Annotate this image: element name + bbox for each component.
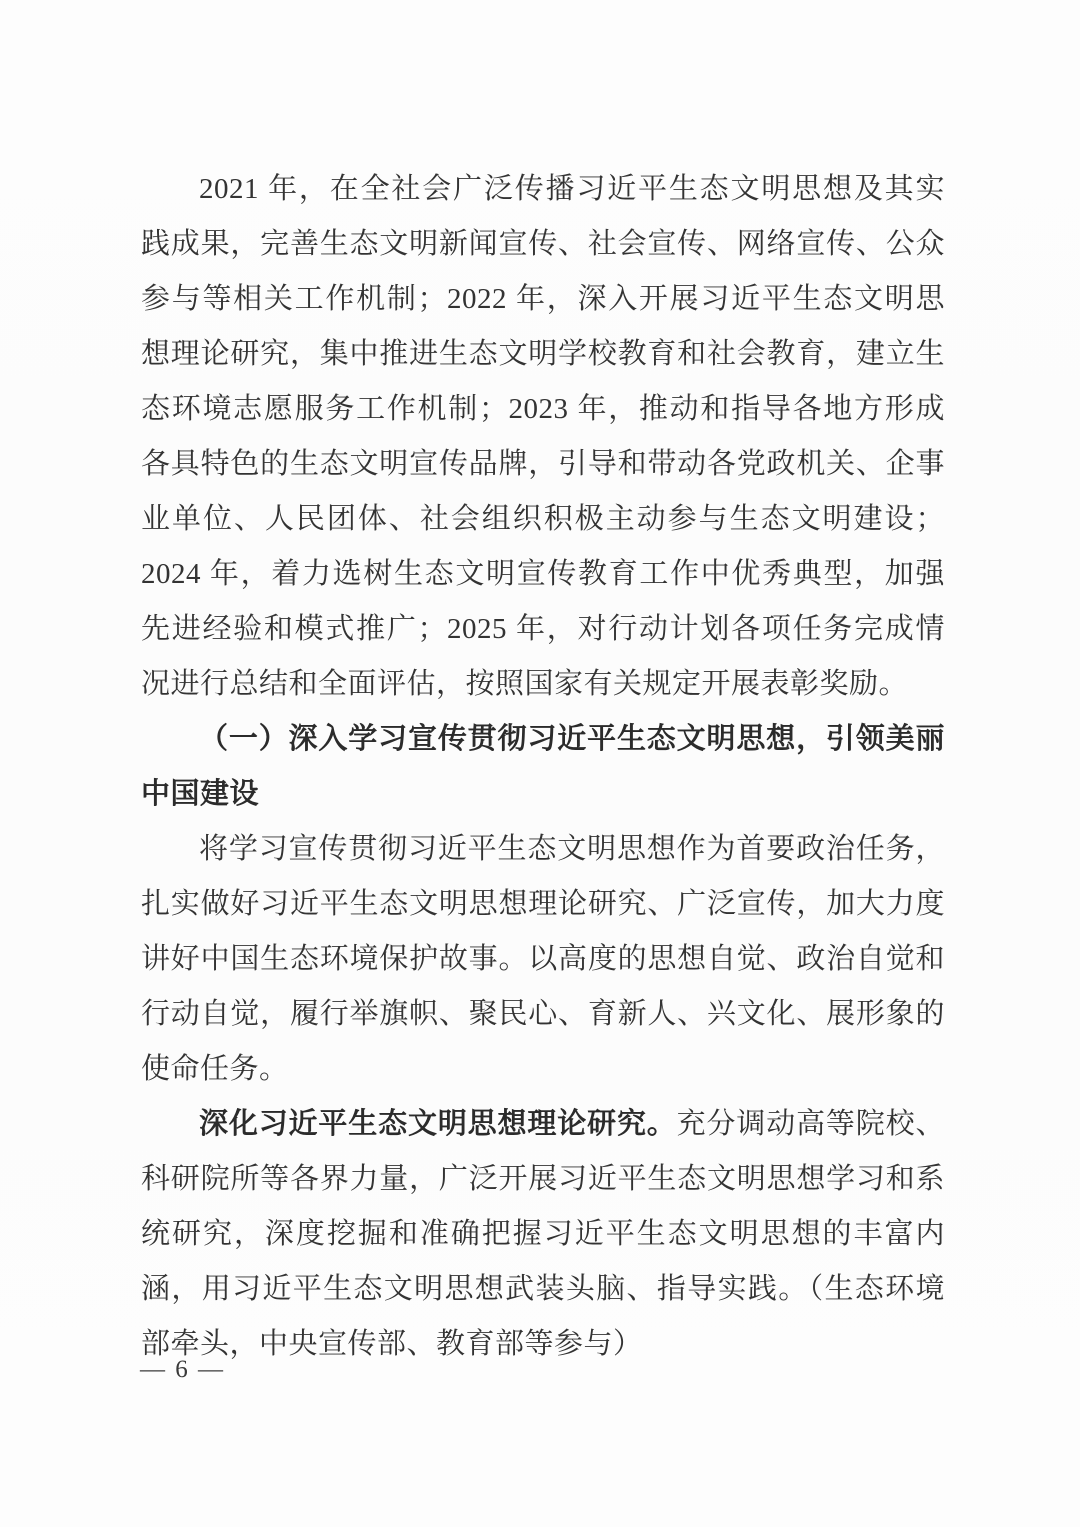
paragraph-research-lead: 深化习近平生态文明思想理论研究。	[199, 1108, 677, 1140]
section-heading: （一）深入学习宣传贯彻习近平生态文明思想，引领美丽中国建设	[141, 712, 945, 822]
page-number: — 6 —	[140, 1356, 225, 1383]
paragraph-research-body: 充分调动高等院校、科研院所等各界力量，广泛开展习近平生态文明思想学习和系统研究，…	[141, 1108, 945, 1360]
document-page: 2021 年，在全社会广泛传播习近平生态文明思想及其实践成果，完善生态文明新闻宣…	[0, 0, 1080, 1527]
paragraph-study-propaganda: 将学习宣传贯彻习近平生态文明思想作为首要政治任务，扎实做好习近平生态文明思想理论…	[141, 822, 945, 1097]
page-footer: — 6 —	[140, 1356, 225, 1384]
paragraph-annual-timeline: 2021 年，在全社会广泛传播习近平生态文明思想及其实践成果，完善生态文明新闻宣…	[141, 162, 945, 712]
document-body: 2021 年，在全社会广泛传播习近平生态文明思想及其实践成果，完善生态文明新闻宣…	[141, 162, 945, 1372]
paragraph-research: 深化习近平生态文明思想理论研究。充分调动高等院校、科研院所等各界力量，广泛开展习…	[141, 1097, 945, 1372]
